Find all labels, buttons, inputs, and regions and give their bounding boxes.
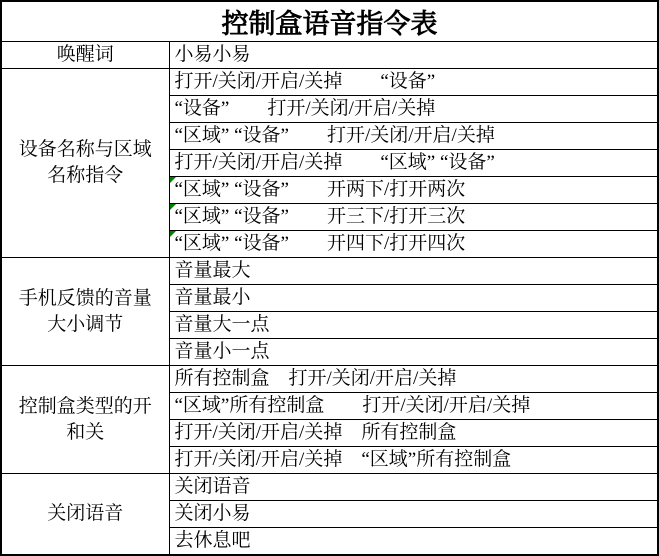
command-text: “区域” “设备” 开三下/打开三次	[175, 206, 466, 227]
category-cell-controlbox-type[interactable]: 控制盒类型的开 和关	[1, 366, 169, 474]
command-text: 打开/关闭/开启/关掉 所有控制盒	[175, 422, 457, 443]
cell-error-indicator-icon	[170, 177, 176, 183]
command-cell[interactable]: 打开/关闭/开启/关掉 “区域”所有控制盒	[169, 447, 658, 474]
command-cell[interactable]: “区域” “设备” 开两下/打开两次	[169, 177, 658, 204]
cell-error-indicator-icon	[170, 204, 176, 210]
command-cell[interactable]: 关闭小易	[169, 501, 658, 528]
category-label-line2: 名称指令	[4, 163, 167, 189]
category-label: 唤醒词	[4, 42, 167, 68]
command-text: “区域”所有控制盒 打开/关闭/开启/关掉	[175, 395, 531, 416]
command-text: “区域” “设备” 打开/关闭/开启/关掉	[175, 125, 495, 146]
category-label-line1: 设备名称与区域	[4, 137, 167, 163]
category-label-line2: 和关	[4, 420, 167, 446]
command-cell[interactable]: 所有控制盒 打开/关闭/开启/关掉	[169, 366, 658, 393]
command-text: 音量小一点	[175, 341, 270, 362]
command-cell[interactable]: 关闭语音	[169, 474, 658, 501]
command-cell[interactable]: “设备” 打开/关闭/开启/关掉	[169, 96, 658, 123]
category-label-line1: 手机反馈的音量	[4, 286, 167, 312]
category-cell-volume[interactable]: 手机反馈的音量 大小调节	[1, 258, 169, 366]
command-text: 关闭语音	[175, 476, 251, 497]
category-cell-close-voice[interactable]: 关闭语音	[1, 474, 169, 556]
command-text: “区域” “设备” 开两下/打开两次	[175, 179, 466, 200]
command-text: 打开/关闭/开启/关掉 “设备”	[175, 71, 436, 92]
command-text: 小易小易	[175, 44, 251, 65]
category-label-line1: 控制盒类型的开	[4, 394, 167, 420]
command-text: 音量大一点	[175, 314, 270, 335]
command-text: 打开/关闭/开启/关掉 “区域”所有控制盒	[175, 449, 512, 470]
command-text: “设备” 打开/关闭/开启/关掉	[175, 98, 436, 119]
category-label-line2: 大小调节	[4, 312, 167, 338]
category-label: 关闭语音	[4, 501, 167, 527]
command-cell[interactable]: 音量大一点	[169, 312, 658, 339]
command-cell[interactable]: “区域” “设备” 开三下/打开三次	[169, 204, 658, 231]
command-cell[interactable]: 打开/关闭/开启/关掉 所有控制盒	[169, 420, 658, 447]
command-text: 所有控制盒 打开/关闭/开启/关掉	[175, 368, 457, 389]
command-text: 音量最小	[175, 287, 251, 308]
command-cell[interactable]: 音量最小	[169, 285, 658, 312]
command-text: “区域” “设备” 开四下/打开四次	[175, 233, 466, 254]
command-cell[interactable]: 打开/关闭/开启/关掉 “设备”	[169, 69, 658, 96]
command-text: 关闭小易	[175, 503, 251, 524]
command-cell[interactable]: “区域”所有控制盒 打开/关闭/开启/关掉	[169, 393, 658, 420]
category-cell-device-zone[interactable]: 设备名称与区域 名称指令	[1, 69, 169, 258]
table-title: 控制盒语音指令表	[1, 1, 658, 42]
command-text: 去休息吧	[175, 530, 251, 551]
command-cell[interactable]: “区域” “设备” 开四下/打开四次	[169, 231, 658, 258]
category-cell-wake-word[interactable]: 唤醒词	[1, 42, 169, 69]
cell-error-indicator-icon	[170, 231, 176, 237]
voice-command-table: 控制盒语音指令表 唤醒词 小易小易 设备名称与区域 名称指令 打开/关闭/开启/…	[0, 0, 659, 556]
command-cell[interactable]: “区域” “设备” 打开/关闭/开启/关掉	[169, 123, 658, 150]
command-text: 打开/关闭/开启/关掉 “区域” “设备”	[175, 152, 495, 173]
command-cell[interactable]: 去休息吧	[169, 528, 658, 556]
command-cell[interactable]: 音量最大	[169, 258, 658, 285]
command-cell[interactable]: 小易小易	[169, 42, 658, 69]
command-cell[interactable]: 音量小一点	[169, 339, 658, 366]
command-cell[interactable]: 打开/关闭/开启/关掉 “区域” “设备”	[169, 150, 658, 177]
command-text: 音量最大	[175, 260, 251, 281]
spreadsheet-area: 控制盒语音指令表 唤醒词 小易小易 设备名称与区域 名称指令 打开/关闭/开启/…	[0, 0, 659, 553]
